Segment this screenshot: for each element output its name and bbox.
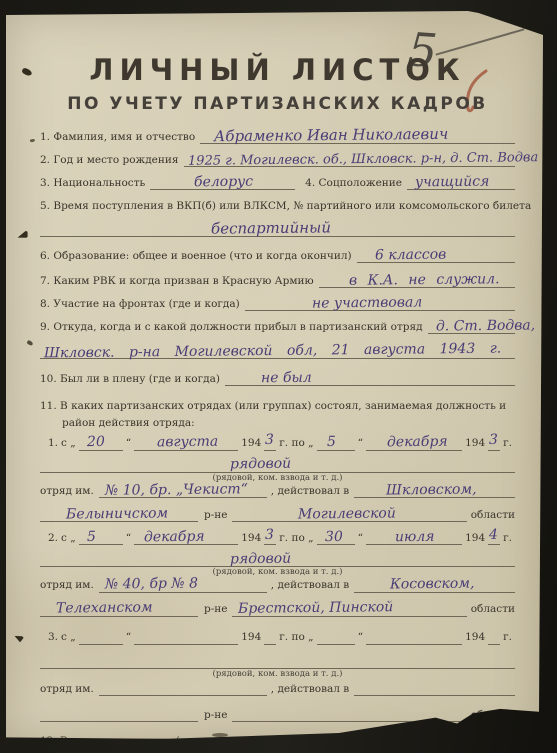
printed-year: 194 (238, 631, 264, 644)
to-month-line (366, 631, 462, 645)
printed-g: г. (500, 532, 515, 545)
field-surname-line: Абраменко Иван Николаевич (200, 130, 515, 144)
units-section-header: 11. В каких партизанских отрядах (или гр… (40, 398, 515, 432)
scanned-form-page: 5 ЛИЧНЫЙ ЛИСТОК ПО УЧЕТУ ПАРТИЗАНСКИХ КА… (6, 11, 543, 741)
printed-po: г. по „ (276, 437, 316, 450)
field-captivity-line: не был (225, 372, 515, 386)
entry-number: 1. (40, 437, 58, 450)
field-captivity: 10. Был ли в плену (где и когда) не был (40, 372, 515, 386)
ink-spot (26, 340, 33, 346)
unit-name-line (99, 682, 267, 696)
from-day-line: 5 (79, 531, 123, 545)
printed-otryad: отряд им. (40, 579, 99, 592)
ink-spot (30, 139, 36, 143)
field-nationality-line: белорус (150, 176, 295, 190)
field-education: 6. Образование: общее и военное (что и к… (40, 249, 515, 263)
field-surname-value: Абраменко Иван Николаевич (214, 125, 448, 146)
from-day-line: 20 (79, 437, 123, 451)
field-wounds: 12. Ранения и контузии (где и когда) не … (40, 734, 515, 748)
field-army-line: в К.А. не служил. (319, 274, 515, 288)
to-month-value: декабря (387, 434, 448, 452)
from-year-value: 3 (265, 432, 274, 450)
from-day-value: 20 (87, 434, 105, 452)
field-army-value: в К.А. не служил. (349, 271, 500, 290)
form-title: ЛИЧНЫЙ ЛИСТОК (40, 53, 515, 87)
from-month-line: августа (134, 437, 238, 451)
entry-number: 3. (40, 631, 58, 644)
field-arrival-label: 9. Откуда, когда и с какой должности при… (40, 321, 428, 334)
field-arrival-row2: Шкловск. р-на Могилевской обл, 21 август… (40, 345, 515, 359)
field-education-value: 6 классов (375, 246, 446, 264)
unit-entry-region-row: Белыничском р-не Могилевской области (40, 508, 515, 522)
from-year-line (264, 631, 276, 645)
printed-quote: “ (123, 631, 134, 644)
printed-rne: р-не (198, 509, 232, 522)
printed-g: г. (500, 437, 515, 450)
field-arrival-value2: Шкловск. р-на Могилевской обл, 21 август… (44, 340, 501, 362)
field-arrival-line2: Шкловск. р-на Могилевской обл, 21 август… (40, 345, 515, 359)
unit-name-value: № 40, бр № 8 (105, 576, 198, 594)
printed-year: 194 (462, 631, 488, 644)
printed-po: г. по „ (276, 532, 316, 545)
printed-quote: “ (355, 437, 366, 450)
to-day-line: 5 (317, 437, 355, 451)
printed-quote: “ (123, 437, 134, 450)
field-captivity-value: не был (261, 369, 312, 387)
unit-entry-dates: 1. с „ 20 “ августа 194 3 г. по „ 5 “ де… (40, 437, 515, 451)
field-nationality-social: 3. Национальность белорус 4. Соцположени… (40, 176, 515, 190)
to-month-line: июля (366, 531, 462, 545)
field-social-line: учащийся (407, 176, 515, 190)
unit-entry-otryad-row: отряд им. № 10, бр. „Чекист“ , действова… (40, 484, 515, 498)
region-value: Брестской, Пинской (238, 599, 393, 618)
region-line: Могилевской (232, 508, 466, 522)
field-party: 5. Время поступления в ВКП(б) или ВЛКСМ,… (40, 199, 515, 213)
field-arrival-line1: д. Ст. Водва, (428, 320, 515, 334)
printed-acted: , действовал в (267, 683, 354, 696)
from-year-line: 3 (264, 531, 276, 545)
unit-entry-region-row: р-не области (40, 708, 515, 722)
unit-entry-position-row (40, 655, 515, 669)
field-party-value: беспартийный (211, 219, 331, 239)
to-day-line: 30 (317, 531, 355, 545)
from-year-value: 3 (265, 527, 274, 545)
field-social-value: учащийся (415, 173, 490, 191)
printed-s: с „ (58, 437, 79, 450)
field-army-label: 7. Каким РВК и когда призван в Красную А… (40, 275, 319, 288)
acted-in2-value: Телеханском (56, 600, 153, 619)
unit-entry-position-row: рядовой (40, 553, 515, 567)
from-month-value: августа (157, 434, 218, 452)
field-captivity-label: 10. Был ли в плену (где и когда) (40, 373, 225, 386)
field-party-line: беспартийный (40, 223, 515, 237)
from-month-value: декабря (144, 528, 205, 546)
field-arrival: 9. Откуда, когда и с какой должности при… (40, 320, 515, 334)
field-party-value-row: беспартийный (40, 223, 515, 237)
printed-year: 194 (238, 532, 264, 545)
unit-entry-dates: 2. с „ 5 “ декабря 194 3 г. по „ 30 “ ию… (40, 531, 515, 545)
to-year-line: 3 (488, 437, 500, 451)
to-month-value: июля (395, 528, 435, 546)
field-arrival-value1: д. Ст. Водва, (435, 317, 534, 336)
position-value: рядовой (230, 456, 291, 474)
to-day-value: 5 (326, 434, 335, 452)
printed-quote: “ (355, 631, 366, 644)
acted-in-line (354, 682, 515, 696)
to-day-line (317, 631, 355, 645)
printed-otryad: отряд им. (40, 485, 99, 498)
acted-in2-value: Белыничском (66, 505, 168, 524)
field-army: 7. Каким РВК и когда призван в Красную А… (40, 274, 515, 288)
entry-number: 2. (40, 532, 58, 545)
acted-in2-line: Белыничском (40, 508, 198, 522)
to-year-value: 3 (489, 432, 498, 450)
field-birth: 2. Год и место рождения 1925 г. Могилевс… (40, 153, 515, 167)
from-year-line: 3 (264, 437, 276, 451)
ink-spot (13, 634, 24, 643)
position-line: рядовой (40, 459, 515, 473)
printed-po: г. по „ (276, 631, 316, 644)
printed-s: с „ (58, 532, 79, 545)
from-day-line (79, 631, 123, 645)
printed-quote: “ (355, 532, 366, 545)
acted-in-line: Шкловском, (354, 484, 515, 498)
field-education-line: 6 классов (357, 249, 515, 263)
to-year-value: 4 (489, 527, 498, 545)
field-education-label: 6. Образование: общее и военное (что и к… (40, 250, 357, 263)
field-fronts-line: не участвовал (245, 297, 515, 311)
printed-year: 194 (462, 437, 488, 450)
printed-rne: р-не (198, 709, 232, 722)
acted-in-value: Косовском, (389, 576, 474, 594)
field-fronts-value: не участвовал (312, 294, 422, 313)
position-line (40, 655, 515, 669)
to-day-value: 30 (324, 529, 342, 547)
from-day-value: 5 (87, 529, 96, 547)
printed-g: г. (500, 631, 515, 644)
region-value: Могилевской (298, 505, 396, 524)
to-year-line (488, 631, 500, 645)
unit-name-line: № 40, бр № 8 (99, 579, 267, 593)
to-month-line: декабря (366, 437, 462, 451)
field-fronts-label: 8. Участие на фронтах (где и когда) (40, 298, 245, 311)
printed-oblast: области (467, 509, 515, 522)
printed-otryad: отряд им. (40, 683, 99, 696)
printed-quote: “ (123, 532, 134, 545)
from-month-line: декабря (134, 531, 238, 545)
printed-acted: , действовал в (267, 485, 354, 498)
unit-name-line: № 10, бр. „Чекист“ (99, 484, 267, 498)
field-wounds-value: не имеет (282, 731, 363, 749)
region-line: Брестской, Пинской (232, 603, 466, 617)
position-caption: (рядовой, ком. взвода и т. д.) (40, 474, 515, 483)
printed-acted: , действовал в (267, 579, 354, 592)
unit-entry-position-row: рядовой (40, 459, 515, 473)
field-nationality-value: белорус (194, 173, 253, 191)
field-wounds-line: не имеет (252, 734, 515, 748)
field-birth-label: 2. Год и место рождения (40, 154, 184, 167)
field-birth-line: 1925 г. Могилевск. об., Шкловск. р-н, д.… (184, 153, 516, 167)
position-line: рядовой (40, 553, 515, 567)
acted-in2-line (40, 708, 198, 722)
acted-in-line: Косовском, (354, 579, 515, 593)
unit-name-value: № 10, бр. „Чекист“ (105, 481, 248, 500)
printed-oblast: области (467, 603, 515, 616)
printed-oblast: области (467, 709, 515, 722)
from-month-line (134, 631, 238, 645)
ink-spot (16, 229, 30, 240)
unit-entry-dates: 3. с „ “ 194 г. по „ “ 194 г. (40, 631, 515, 645)
field-surname: 1. Фамилия, имя и отчество Абраменко Ива… (40, 130, 515, 144)
form-subtitle: ПО УЧЕТУ ПАРТИЗАНСКИХ КАДРОВ (40, 94, 515, 114)
position-value: рядовой (230, 550, 291, 568)
field-birth-value: 1925 г. Могилевск. об., Шкловск. р-н, д.… (187, 150, 537, 170)
to-year-line: 4 (488, 531, 500, 545)
field-nationality-label: 3. Национальность (40, 177, 150, 190)
unit-entry-otryad-row: отряд им. № 40, бр № 8 , действовал в Ко… (40, 579, 515, 593)
printed-s: с „ (58, 631, 79, 644)
printed-rne: р-не (198, 603, 232, 616)
printed-year: 194 (462, 532, 488, 545)
unit-entry-otryad-row: отряд им. , действовал в (40, 682, 515, 696)
field-wounds-label: 12. Ранения и контузии (где и когда) (40, 735, 252, 748)
region-line (232, 708, 466, 722)
acted-in-value: Шкловском, (386, 481, 477, 499)
unit-entry-region-row: Телеханском р-не Брестской, Пинской обла… (40, 603, 515, 617)
field-fronts: 8. Участие на фронтах (где и когда) не у… (40, 297, 515, 311)
acted-in2-line: Телеханском (40, 603, 198, 617)
field-surname-label: 1. Фамилия, имя и отчество (40, 131, 200, 144)
ink-spot (21, 67, 33, 77)
field-social-label: 4. Соцположение (295, 177, 407, 190)
field-party-label: 5. Время поступления в ВКП(б) или ВЛКСМ,… (40, 200, 536, 213)
printed-year: 194 (238, 437, 264, 450)
position-caption: (рядовой, ком. взвода и т. д.) (40, 670, 515, 679)
